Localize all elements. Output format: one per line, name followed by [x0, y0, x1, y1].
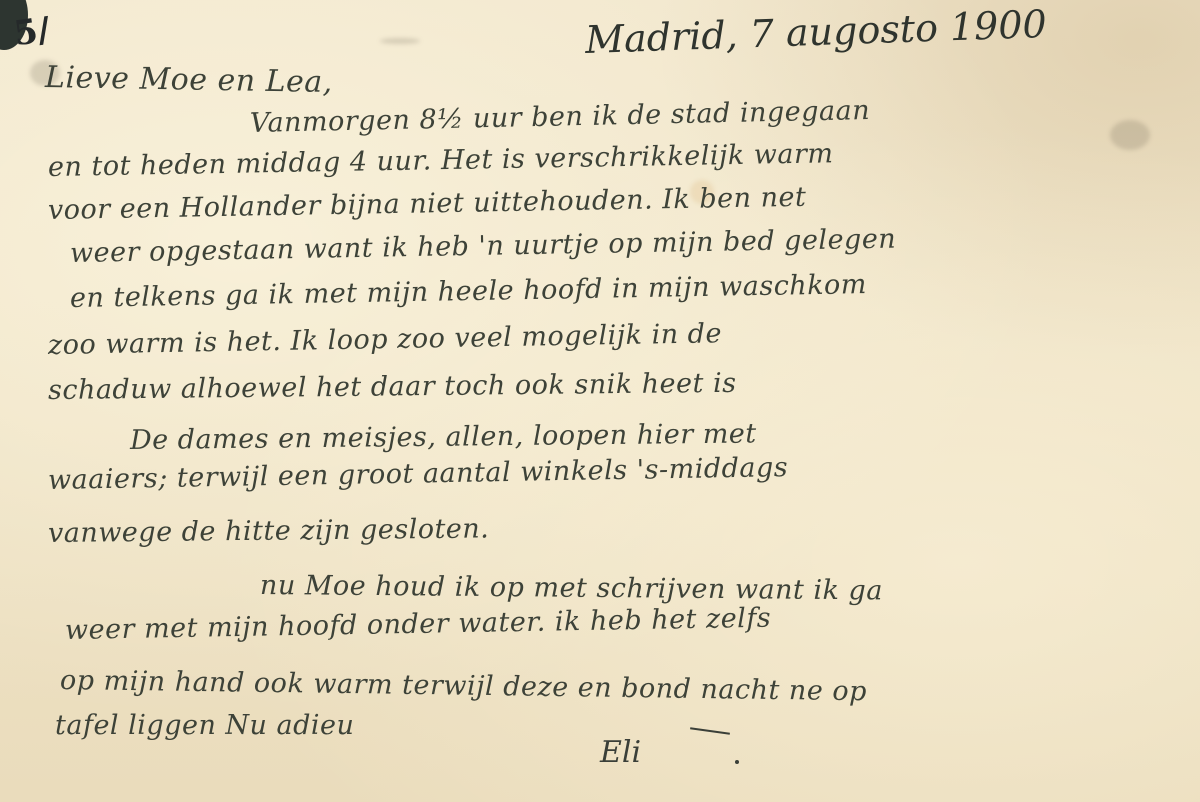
signature-dot [735, 760, 739, 764]
letter-line-1: Vanmorgen 8½ uur ben ik de stad ingegaan [250, 95, 871, 139]
letter-line-2: en tot heden middag 4 uur. Het is versch… [48, 138, 834, 183]
postcard: 5/ Madrid, 7 augosto 1900 Lieve Moe en L… [0, 0, 1200, 802]
letter-line-14: tafel liggen Nu adieu [55, 710, 354, 741]
letter-line-5: en telkens ga ik met mijn heele hoofd in… [70, 269, 867, 314]
page-number: 5/ [11, 10, 52, 55]
letter-line-7: schaduw alhoewel het daar toch ook snik … [48, 368, 737, 406]
letter-line-6: zoo warm is het. Ik loop zoo veel mogeli… [48, 318, 722, 361]
letter-line-3: voor een Hollander bijna niet uittehoude… [48, 182, 807, 226]
signature: Eli [600, 735, 641, 770]
letter-line-11: nu Moe houd ik op met schrijven want ik … [260, 570, 883, 606]
letter-line-9: waaiers; terwijl een groot aantal winkel… [48, 452, 789, 496]
salutation: Lieve Moe en Lea, [45, 60, 333, 100]
letter-line-8: De dames en meisjes, allen, loopen hier … [130, 418, 757, 456]
signature-flourish [690, 727, 730, 735]
dateline: Madrid, 7 augosto 1900 [584, 2, 1047, 62]
letter-line-12: weer met mijn hoofd onder water. ik heb … [65, 603, 772, 646]
letter-line-13: op mijn hand ook warm terwijl deze en bo… [60, 665, 867, 707]
paper-spot [1110, 120, 1150, 150]
paper-spot [380, 38, 420, 44]
letter-line-10: vanwege de hitte zijn gesloten. [48, 513, 490, 549]
letter-line-4: weer opgestaan want ik heb 'n uurtje op … [70, 224, 897, 269]
